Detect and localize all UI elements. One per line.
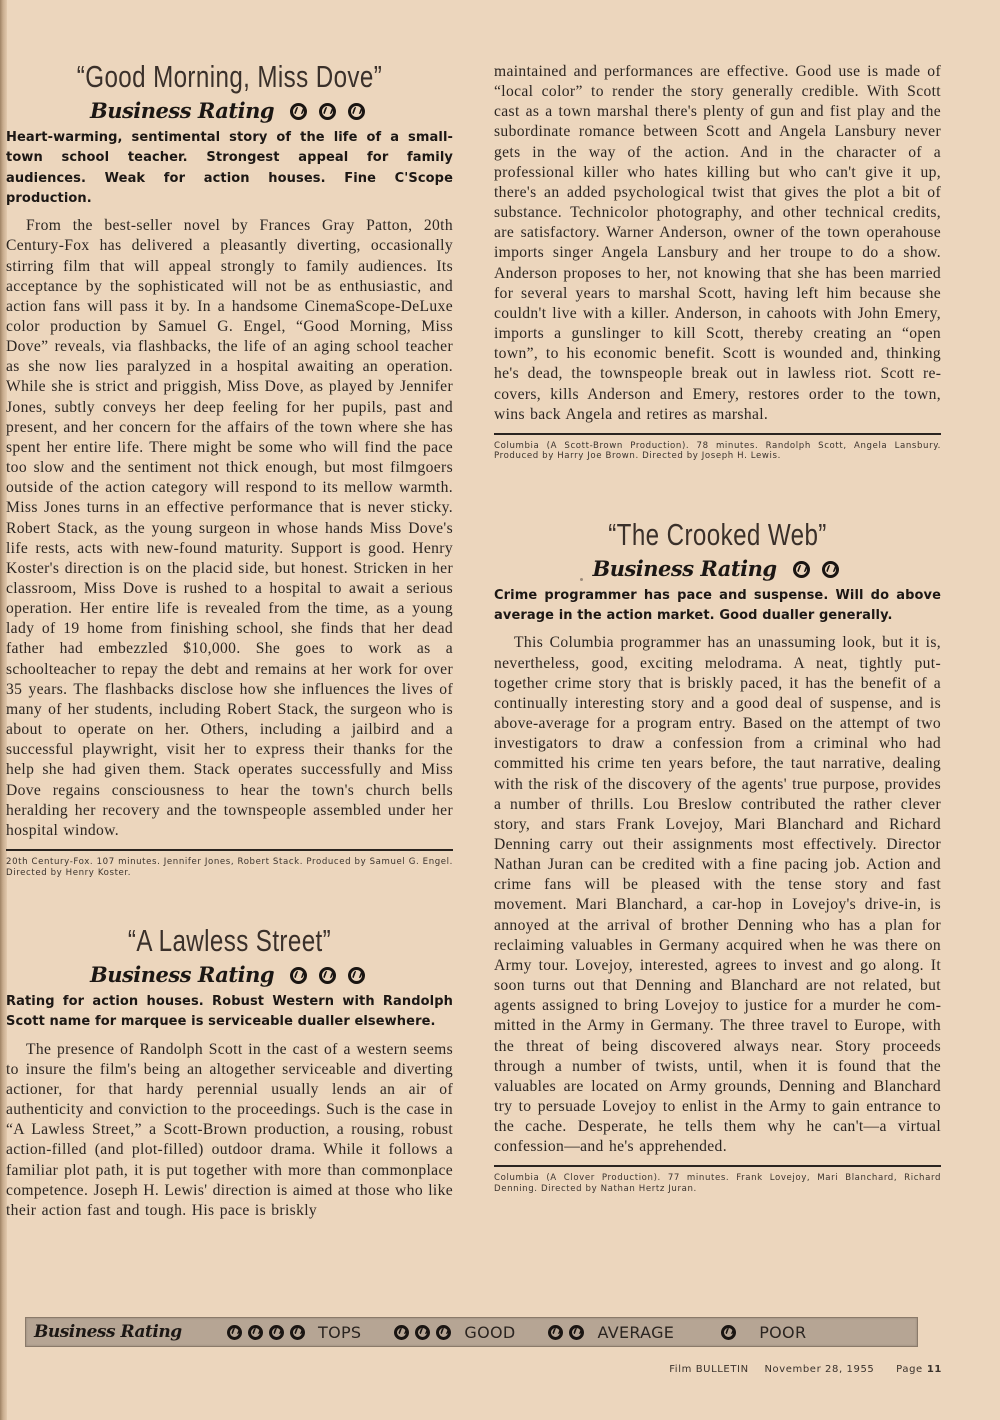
rating-coin-icon (248, 1325, 263, 1340)
page-footer: Film BULLETIN November 28, 1955 Page 11 (0, 1364, 942, 1375)
legend-text: POOR (759, 1323, 806, 1342)
review-the-crooked-web: “The Crooked Web” Business Rating Crime … (494, 516, 941, 1195)
divider (494, 1165, 941, 1167)
rating-label: Business Rating (90, 98, 274, 123)
rating-coin-icon (290, 103, 307, 120)
rating-coin-icon (269, 1325, 284, 1340)
page-label-text: Page (896, 1364, 923, 1375)
rating-coin-icon (548, 1325, 563, 1340)
review-body: From the best-seller novel by Frances Gr… (6, 216, 453, 841)
publication-name: Film BULLETIN (669, 1364, 748, 1375)
review-body-part-2: maintained and performances are effectiv… (494, 62, 941, 425)
divider (6, 849, 453, 851)
rating-coin-icon (290, 1325, 305, 1340)
business-rating: Business Rating (6, 96, 453, 126)
rating-coin-icon (721, 1325, 736, 1340)
review-title: “A Lawless Street” (55, 922, 404, 960)
review-summary: Rating for action houses. Robust Western… (6, 992, 453, 1033)
page-label: Page 11 (896, 1364, 942, 1375)
rating-coin-icon (822, 561, 839, 578)
review-a-lawless-street: “A Lawless Street” Business Rating Ratin… (6, 922, 453, 1221)
rating-label: Business Rating (90, 962, 274, 987)
rating-coin-icon (793, 561, 810, 578)
legend-average: AVERAGE (545, 1323, 674, 1342)
review-summary: Heart-warming, sentimental story of the … (6, 128, 453, 209)
rating-coin-icon (415, 1325, 430, 1340)
rating-coin-icon (348, 103, 365, 120)
review-a-lawless-street-continued: maintained and performances are effectiv… (494, 62, 941, 462)
page-number: 11 (927, 1364, 942, 1375)
review-title: “The Crooked Web” (543, 516, 892, 554)
legend-text: TOPS (318, 1323, 361, 1342)
legend-label: Business Rating (34, 1322, 224, 1342)
legend-good: GOOD (391, 1323, 515, 1342)
review-summary: Crime programmer has pace and suspense. … (494, 586, 941, 627)
rating-label: Business Rating (592, 556, 776, 581)
review-body: This Columbia programmer has an unassumi… (494, 633, 941, 1157)
business-rating-legend: Business Rating TOPS GOOD AVERAGE POOR (25, 1317, 918, 1347)
rating-coin-icon (319, 103, 336, 120)
review-credits: 20th Century-Fox. 107 minutes. Jennifer … (6, 857, 453, 878)
rating-coin-icon (569, 1325, 584, 1340)
right-column: maintained and performances are effectiv… (494, 62, 941, 1194)
rating-coin-icon (290, 967, 307, 984)
business-rating: Business Rating (494, 554, 941, 584)
legend-text: AVERAGE (597, 1323, 674, 1342)
review-credits: Columbia (A Scott-Brown Production). 78 … (494, 441, 941, 462)
business-rating: Business Rating (6, 960, 453, 990)
review-credits: Columbia (A Clover Production). 77 minut… (494, 1173, 941, 1194)
review-title: “Good Morning, Miss Dove” (55, 58, 404, 96)
legend-tops: TOPS (224, 1323, 361, 1342)
rating-coin-icon (227, 1325, 242, 1340)
review-body-part-1: The presence of Randolph Scott in the ca… (6, 1040, 453, 1221)
rating-coin-icon (436, 1325, 451, 1340)
divider (494, 433, 941, 435)
rating-coin-icon (394, 1325, 409, 1340)
review-good-morning-miss-dove: “Good Morning, Miss Dove” Business Ratin… (6, 58, 453, 878)
legend-text: GOOD (464, 1323, 515, 1342)
left-column: “Good Morning, Miss Dove” Business Ratin… (6, 58, 453, 1221)
rating-coin-icon (348, 967, 365, 984)
legend-poor: POOR (718, 1323, 806, 1342)
issue-date: November 28, 1955 (764, 1364, 874, 1375)
rating-coin-icon (319, 967, 336, 984)
